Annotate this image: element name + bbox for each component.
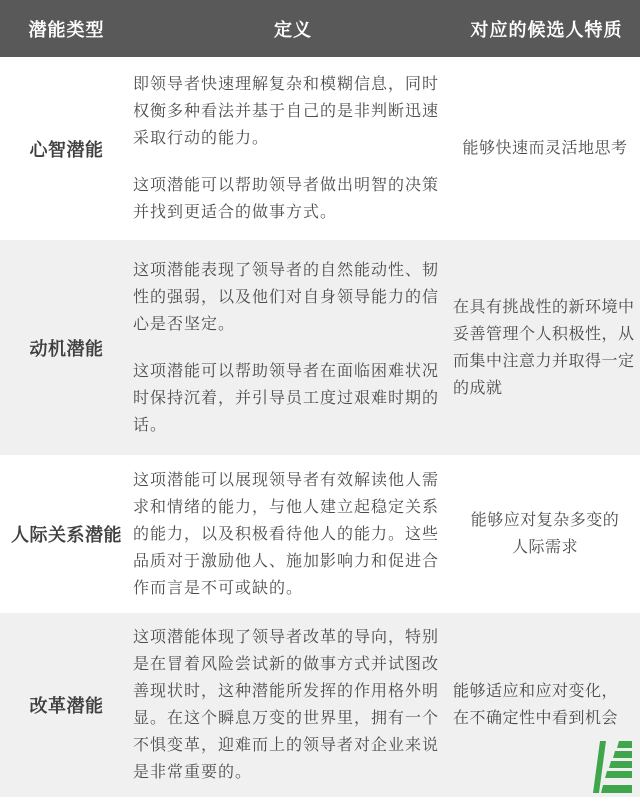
potential-type-label: 动机潜能 [0, 335, 133, 361]
table-header-row: 潜能类型 定义 对应的候选人特质 [0, 0, 640, 57]
bottom-white-strip [0, 797, 640, 803]
definition-cell: 这项潜能体现了领导者改革的导向，特别 是在冒着风险尝试新的做事方式并试图改 善现… [133, 624, 453, 786]
definition-paragraph: 即领导者快速理解复杂和模糊信息，同时 权衡多种看法并基于自己的是非判断迅速 采取… [133, 71, 445, 152]
definition-paragraph: 这项潜能体现了领导者改革的导向，特别 是在冒着风险尝试新的做事方式并试图改 善现… [133, 624, 445, 786]
definition-paragraph: 这项潜能可以帮助领导者在面临困难状况 时保持沉着，并引导员工度过艰难时期的 话。 [133, 358, 445, 439]
header-cell-potential-type: 潜能类型 [0, 0, 133, 57]
potential-types-table-page: 潜能类型 定义 对应的候选人特质 心智潜能 即领导者快速理解复杂和模糊信息，同时… [0, 0, 640, 803]
definition-cell: 这项潜能可以展现领导者有效解读他人需 求和情绪的能力，与他人建立起稳定关系 的能… [133, 467, 453, 602]
candidate-trait-cell: 能够适应和应对变化， 在不确定性中看到机会 [453, 678, 640, 732]
table-row-reform-potential: 改革潜能 这项潜能体现了领导者改革的导向，特别 是在冒着风险尝试新的做事方式并试… [0, 613, 640, 797]
definition-cell: 即领导者快速理解复杂和模糊信息，同时 权衡多种看法并基于自己的是非判断迅速 采取… [133, 71, 453, 226]
potential-type-label: 改革潜能 [0, 692, 133, 718]
candidate-trait-cell: 能够快速而灵活地思考 [453, 135, 640, 162]
candidate-trait-cell: 能够应对复杂多变的 人际需求 [453, 507, 640, 561]
potential-type-label: 心智潜能 [0, 136, 133, 162]
table-row-mental-potential: 心智潜能 即领导者快速理解复杂和模糊信息，同时 权衡多种看法并基于自己的是非判断… [0, 57, 640, 240]
candidate-trait-cell: 在具有挑战性的新环境中 妥善管理个人积极性，从 而集中注意力并取得一定 的成就 [453, 294, 640, 402]
potential-type-label: 人际关系潜能 [0, 521, 133, 547]
definition-paragraph: 这项潜能可以帮助领导者做出明智的决策 并找到更适合的做事方式。 [133, 172, 445, 226]
header-cell-definition: 定义 [133, 0, 453, 57]
header-cell-candidate-trait: 对应的候选人特质 [453, 0, 640, 57]
table-row-interpersonal-potential: 人际关系潜能 这项潜能可以展现领导者有效解读他人需 求和情绪的能力，与他人建立起… [0, 455, 640, 613]
table-row-motivation-potential: 动机潜能 这项潜能表现了领导者的自然能动性、韧 性的强弱，以及他们对自身领导能力… [0, 240, 640, 455]
definition-paragraph: 这项潜能可以展现领导者有效解读他人需 求和情绪的能力，与他人建立起稳定关系 的能… [133, 467, 445, 602]
definition-paragraph: 这项潜能表现了领导者的自然能动性、韧 性的强弱，以及他们对自身领导能力的信 心是… [133, 257, 445, 338]
green-leaf-logo [588, 741, 634, 795]
definition-cell: 这项潜能表现了领导者的自然能动性、韧 性的强弱，以及他们对自身领导能力的信 心是… [133, 257, 453, 439]
